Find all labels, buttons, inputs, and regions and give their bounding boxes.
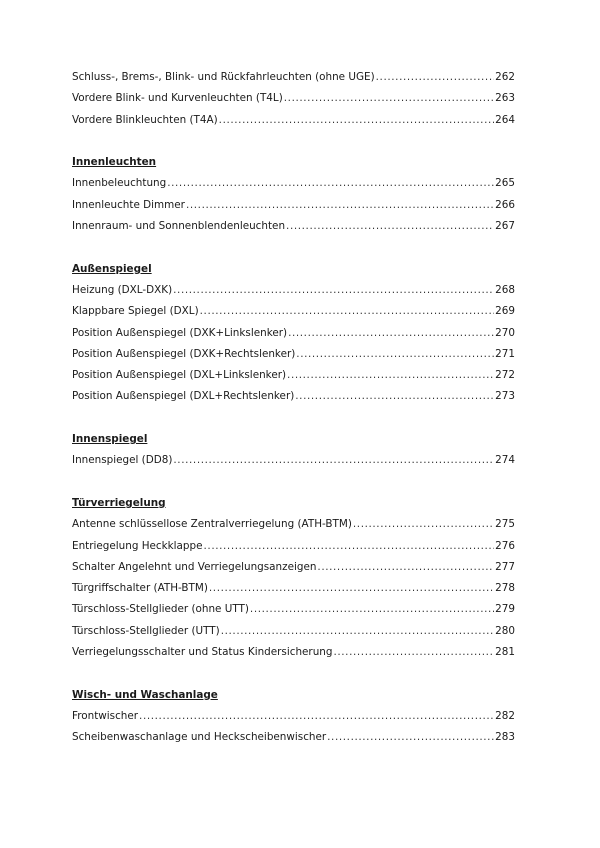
toc-entry-title: Position Außenspiegel (DXK+Linkslenker) [72, 323, 287, 344]
toc-entry[interactable]: Frontwischer282 [72, 706, 515, 727]
toc-entry[interactable]: Scheibenwaschanlage und Heckscheibenwisc… [72, 727, 515, 748]
toc-entry-page: 265 [495, 173, 515, 194]
toc-entry-title: Innenleuchte Dimmer [72, 195, 185, 216]
toc-entry-page: 273 [495, 386, 515, 407]
toc-entry-page: 279 [495, 599, 515, 620]
dot-leader [286, 216, 494, 237]
toc-entry[interactable]: Klappbare Spiegel (DXL)269 [72, 301, 515, 322]
toc-entry-title: Türschloss-Stellglieder (ohne UTT) [72, 599, 249, 620]
toc-entry-title: Vordere Blink- und Kurvenleuchten (T4L) [72, 88, 283, 109]
toc-entry-title: Vordere Blinkleuchten (T4A) [72, 110, 218, 131]
toc-entry-page: 283 [495, 727, 515, 748]
toc-entry[interactable]: Position Außenspiegel (DXK+Linkslenker)2… [72, 323, 515, 344]
toc-entry-title: Scheibenwaschanlage und Heckscheibenwisc… [72, 727, 326, 748]
dot-leader [219, 110, 494, 131]
toc-entry-title: Innenspiegel (DD8) [72, 450, 172, 471]
toc-entry[interactable]: Schluss-, Brems-, Blink- und Rückfahrleu… [72, 67, 515, 88]
toc-entry-page: 271 [495, 344, 515, 365]
dot-leader [295, 386, 494, 407]
toc-entry-page: 281 [495, 642, 515, 663]
toc-entry-page: 272 [495, 365, 515, 386]
dot-leader [173, 280, 494, 301]
toc-entry-title: Schluss-, Brems-, Blink- und Rückfahrleu… [72, 67, 375, 88]
toc-entry-title: Antenne schlüssellose Zentralverriegelun… [72, 514, 352, 535]
dot-leader [186, 195, 494, 216]
section-heading[interactable]: Außenspiegel [72, 259, 515, 280]
toc-entry[interactable]: Türgriffschalter (ATH-BTM)278 [72, 578, 515, 599]
dot-leader [317, 557, 494, 578]
toc-entry-page: 270 [495, 323, 515, 344]
dot-leader [221, 621, 494, 642]
toc-entry[interactable]: Schalter Angelehnt und Verriegelungsanze… [72, 557, 515, 578]
toc-entry-title: Frontwischer [72, 706, 138, 727]
toc-entry[interactable]: Vordere Blinkleuchten (T4A)264 [72, 110, 515, 131]
toc-entry-page: 274 [495, 450, 515, 471]
toc-entry-page: 278 [495, 578, 515, 599]
toc-entry-title: Klappbare Spiegel (DXL) [72, 301, 199, 322]
dot-leader [173, 450, 494, 471]
toc-entry-title: Position Außenspiegel (DXL+Linkslenker) [72, 365, 286, 386]
toc-entry-page: 263 [495, 88, 515, 109]
dot-leader [288, 323, 494, 344]
toc-entry-title: Innenbeleuchtung [72, 173, 166, 194]
dot-leader [287, 365, 494, 386]
toc-entry-page: 277 [495, 557, 515, 578]
toc-entry-page: 276 [495, 536, 515, 557]
toc-entry[interactable]: Vordere Blink- und Kurvenleuchten (T4L)2… [72, 88, 515, 109]
dot-leader [200, 301, 495, 322]
dot-leader [250, 599, 494, 620]
toc-entry[interactable]: Türschloss-Stellglieder (ohne UTT)279 [72, 599, 515, 620]
dot-leader [327, 727, 494, 748]
toc-entry-page: 275 [495, 514, 515, 535]
toc-entry-title: Türgriffschalter (ATH-BTM) [72, 578, 208, 599]
toc-entry-page: 268 [495, 280, 515, 301]
dot-leader [353, 514, 494, 535]
toc-entry-title: Schalter Angelehnt und Verriegelungsanze… [72, 557, 316, 578]
toc-entry-page: 266 [495, 195, 515, 216]
toc-entry-title: Innenraum- und Sonnenblendenleuchten [72, 216, 285, 237]
section-heading[interactable]: Innenleuchten [72, 152, 515, 173]
toc-entry[interactable]: Position Außenspiegel (DXK+Rechtslenker)… [72, 344, 515, 365]
toc-section-aussenspiegel: Außenspiegel Heizung (DXL-DXK)268 Klappb… [72, 259, 515, 408]
toc-entry[interactable]: Innenbeleuchtung265 [72, 173, 515, 194]
toc-entry[interactable]: Verriegelungsschalter und Status Kinders… [72, 642, 515, 663]
toc-entry-title: Heizung (DXL-DXK) [72, 280, 172, 301]
toc-entry-title: Verriegelungsschalter und Status Kinders… [72, 642, 332, 663]
toc-entry[interactable]: Innenraum- und Sonnenblendenleuchten267 [72, 216, 515, 237]
toc-entry-page: 264 [495, 110, 515, 131]
toc-entry-page: 280 [495, 621, 515, 642]
section-heading[interactable]: Wisch- und Waschanlage [72, 685, 515, 706]
toc-entry-page: 282 [495, 706, 515, 727]
dot-leader [204, 536, 495, 557]
toc-section-innenspiegel: Innenspiegel Innenspiegel (DD8)274 [72, 429, 515, 472]
toc-entry-title: Entriegelung Heckklappe [72, 536, 203, 557]
toc-section-tuerverriegelung: Türverriegelung Antenne schlüssellose Ze… [72, 493, 515, 663]
dot-leader [209, 578, 494, 599]
toc-entry[interactable]: Antenne schlüssellose Zentralverriegelun… [72, 514, 515, 535]
dot-leader [167, 173, 494, 194]
toc-entry[interactable]: Innenleuchte Dimmer266 [72, 195, 515, 216]
toc-entry[interactable]: Türschloss-Stellglieder (UTT)280 [72, 621, 515, 642]
toc-entry[interactable]: Position Außenspiegel (DXL+Linkslenker)2… [72, 365, 515, 386]
dot-leader [333, 642, 494, 663]
section-heading[interactable]: Innenspiegel [72, 429, 515, 450]
toc-entry[interactable]: Heizung (DXL-DXK)268 [72, 280, 515, 301]
toc-entry[interactable]: Position Außenspiegel (DXL+Rechtslenker)… [72, 386, 515, 407]
dot-leader [296, 344, 494, 365]
section-heading[interactable]: Türverriegelung [72, 493, 515, 514]
toc-section-continued: Schluss-, Brems-, Blink- und Rückfahrleu… [72, 67, 515, 131]
toc-section-innenleuchten: Innenleuchten Innenbeleuchtung265 Innenl… [72, 152, 515, 237]
toc-entry[interactable]: Entriegelung Heckklappe276 [72, 536, 515, 557]
toc-entry-title: Position Außenspiegel (DXL+Rechtslenker) [72, 386, 294, 407]
toc-entry-page: 267 [495, 216, 515, 237]
dot-leader [284, 88, 494, 109]
toc-entry-page: 269 [495, 301, 515, 322]
toc-entry-title: Position Außenspiegel (DXK+Rechtslenker) [72, 344, 295, 365]
toc-entry-page: 262 [495, 67, 515, 88]
table-of-contents: Schluss-, Brems-, Blink- und Rückfahrleu… [72, 67, 515, 770]
dot-leader [376, 67, 495, 88]
toc-entry[interactable]: Innenspiegel (DD8)274 [72, 450, 515, 471]
toc-section-wisch-waschanlage: Wisch- und Waschanlage Frontwischer282 S… [72, 685, 515, 749]
dot-leader [139, 706, 494, 727]
toc-entry-title: Türschloss-Stellglieder (UTT) [72, 621, 220, 642]
